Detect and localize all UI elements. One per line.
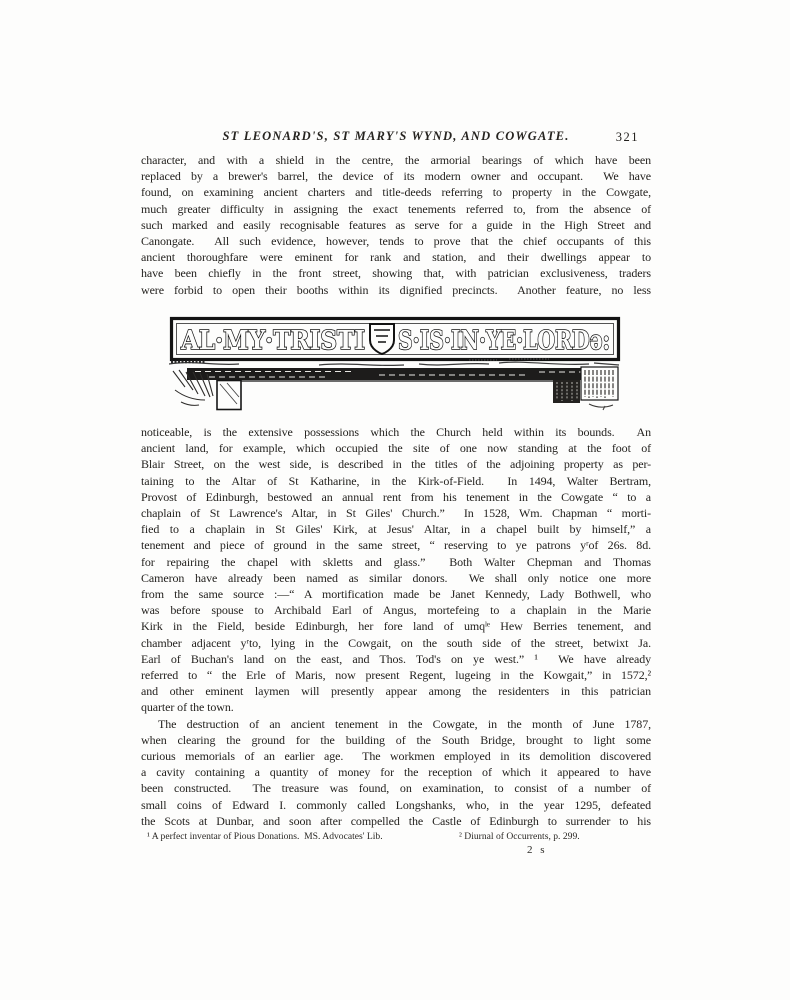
text-line: were forbid to open their booths within …: [141, 282, 651, 298]
right-pillar: [553, 380, 580, 403]
text-line: for repairing the chapel with skletts an…: [141, 554, 651, 570]
text-line: quarter of the town.: [141, 699, 651, 715]
ledge-beam: [187, 368, 601, 380]
text-line: noticeable, is the extensive possessions…: [141, 424, 651, 440]
running-header: ST LEONARD'S, ST MARY'S WYND, AND COWGAT…: [141, 129, 651, 149]
footnote-1: ¹ A perfect inventar of Pious Donations.…: [147, 831, 383, 842]
text-line: when clearing the ground for the buildin…: [141, 732, 651, 748]
left-pillar: [217, 381, 241, 410]
text-line: ancient thoroughfare were eminent for ra…: [141, 249, 651, 265]
inscription-text-right: S·IS·IN·YE·LORDə:: [398, 326, 610, 356]
page-title: ST LEONARD'S, ST MARY'S WYND, AND COWGAT…: [141, 129, 651, 144]
text-line: Cameron have already been named as simil…: [141, 570, 651, 586]
footnotes: ¹ A perfect inventar of Pious Donations.…: [141, 831, 651, 845]
page-number: 321: [616, 130, 639, 145]
lintel-figure: AL·MY·TRISTI S·IS·IN·YE·LORDə:: [169, 316, 621, 412]
book-page: ST LEONARD'S, ST MARY'S WYND, AND COWGAT…: [0, 0, 790, 1000]
text-line: Kirk in the Field, beside Edinburgh, her…: [141, 618, 651, 634]
text-line: and other eminent laymen will presently …: [141, 683, 651, 699]
text-line: referred to “ the Erle of Maris, now pre…: [141, 667, 651, 683]
paragraph-2: noticeable, is the extensive possessions…: [141, 424, 651, 716]
text-line: been constructed. The treasure was found…: [141, 780, 651, 796]
paragraph-3: The destruction of an ancient tenement i…: [141, 716, 651, 829]
text-line: Blair Street, on the west side, is descr…: [141, 456, 651, 472]
weathering-line: [169, 362, 619, 365]
shield-icon: [370, 324, 394, 354]
text-line: was before spouse to Archibald Earl of A…: [141, 602, 651, 618]
text-line: chaplain of St Lawrence's Altar, in St G…: [141, 505, 651, 521]
text-line: have been chiefly in the front street, s…: [141, 265, 651, 281]
text-line: curious memorials of an earlier age. The…: [141, 748, 651, 764]
text-line: the Scots at Dunbar, and soon after comp…: [141, 813, 651, 829]
text-line: small coins of Edward I. commonly called…: [141, 797, 651, 813]
text-line: a cavity containing a quantity of money …: [141, 764, 651, 780]
inscription-text-left: AL·MY·TRISTI: [180, 326, 365, 356]
text-line: Canongate. All such evidence, however, t…: [141, 233, 651, 249]
text-line: chamber adjacent yʳto, lying in the Cowg…: [141, 635, 651, 651]
text-line: tenement and piece of ground in the same…: [141, 537, 651, 553]
text-line: replaced by a brewer's barrel, the devic…: [141, 168, 651, 184]
text-line: such marked and easily recognisable feat…: [141, 217, 651, 233]
right-stone-texture: [581, 367, 618, 410]
body-text: noticeable, is the extensive possessions…: [141, 424, 651, 829]
text-line: ancient land, for example, which occupie…: [141, 440, 651, 456]
text-line: Earl of Buchan's land on the east, and T…: [141, 651, 651, 667]
text-line: from the same source :—“ A mortification…: [141, 586, 651, 602]
text-line: character, and with a shield in the cent…: [141, 152, 651, 168]
right-weathering-marks: [469, 359, 549, 360]
lintel-engraving: AL·MY·TRISTI S·IS·IN·YE·LORDə:: [169, 316, 621, 412]
text-line: The destruction of an ancient tenement i…: [141, 716, 651, 732]
text-line: taining to the Altar of St Katharine, in…: [141, 473, 651, 489]
signature-mark: 2 s: [527, 844, 547, 856]
text-line: much greater difficulty in assigning the…: [141, 201, 651, 217]
text-line: fied to a chaplain in St Giles' Kirk, at…: [141, 521, 651, 537]
footnote-2: ² Diurnal of Occurrents, p. 299.: [459, 831, 580, 842]
paragraph-1: character, and with a shield in the cent…: [141, 152, 651, 298]
text-line: found, on examining ancient charters and…: [141, 184, 651, 200]
text-line: Provost of Edinburgh, bestowed an annual…: [141, 489, 651, 505]
